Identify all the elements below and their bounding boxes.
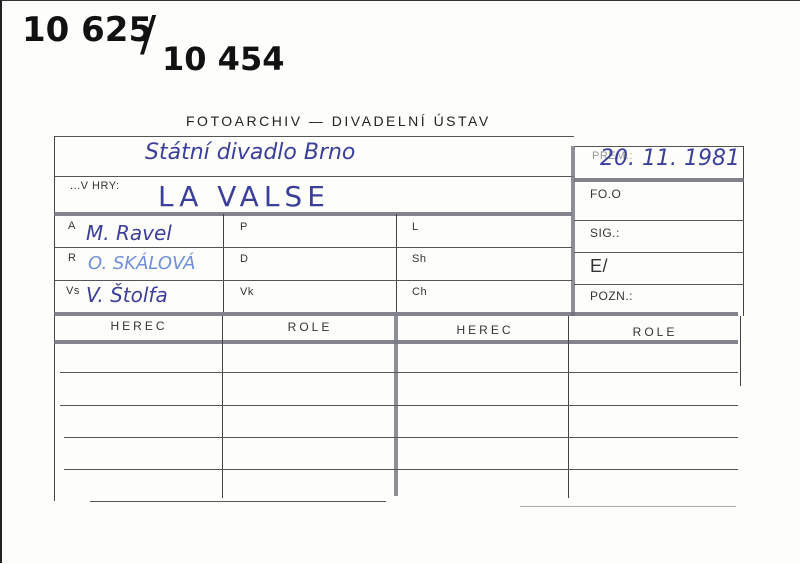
field-vs-value: V. Štolfa — [86, 283, 168, 307]
cast-right-border — [740, 316, 741, 386]
cast-header-herec-2: HEREC — [400, 323, 570, 337]
cast-col-divider-1 — [222, 316, 223, 498]
cast-header-herec-1: HEREC — [56, 319, 222, 333]
field-author-label: A — [68, 220, 76, 232]
credits-col-divider-1 — [223, 214, 224, 312]
left-border — [54, 136, 55, 501]
top-border — [54, 136, 574, 137]
field-d-label: D — [240, 253, 248, 265]
archive-header: FOTOARCHIV — DIVADELNÍ ÚSTAV — [186, 113, 491, 129]
field-author-value: M. Ravel — [86, 221, 172, 245]
credits-col-divider-2 — [396, 214, 397, 312]
field-l-label: L — [412, 221, 419, 233]
field-ch-label: Ch — [412, 286, 427, 298]
title-divider — [54, 212, 572, 216]
inventory-slash: / — [140, 6, 156, 62]
field-vk-label: Vk — [240, 286, 254, 298]
side-box-right-border — [743, 146, 744, 316]
credits-row-line-1 — [54, 247, 572, 248]
field-fo-label: FO.O — [590, 187, 621, 201]
cast-bottom-border-left — [90, 501, 386, 502]
premiere-date: 20. 11. 1981 — [600, 146, 740, 171]
cast-row-line-1 — [60, 372, 738, 373]
cast-header-role-1: ROLE — [224, 320, 396, 334]
field-p-label: P — [240, 221, 248, 233]
field-sh-label: Sh — [412, 253, 426, 265]
side-box-left-border — [571, 146, 575, 316]
field-vs-label: Vs — [66, 285, 80, 297]
inventory-number-primary: 10 625 — [22, 10, 152, 50]
title-value: LA VALSE — [158, 180, 330, 213]
inventory-number-secondary: 10 454 — [162, 40, 284, 78]
side-line-3 — [574, 284, 744, 285]
title-label: ...V HRY: — [70, 180, 120, 192]
card-frame — [0, 0, 800, 563]
field-director-label: R — [68, 252, 76, 264]
field-sig-label: SIG.: — [590, 226, 620, 240]
side-line-2 — [574, 252, 744, 253]
premiere-divider — [574, 178, 744, 182]
field-pozn-label: POZN.: — [590, 289, 633, 303]
side-line-1 — [574, 220, 744, 221]
cast-col-divider-3 — [568, 316, 569, 498]
theatre-name: Státní divadlo Brno — [145, 140, 355, 165]
field-director-value: O. SKÁLOVÁ — [88, 253, 195, 274]
field-e-label: E/ — [590, 256, 608, 277]
cast-row-line-4 — [64, 469, 738, 470]
cast-row-line-2 — [60, 405, 738, 406]
cast-bottom-border-right — [520, 506, 736, 507]
cast-row-line-3 — [64, 437, 738, 438]
theatre-underline — [54, 176, 574, 177]
cast-header-role-2: ROLE — [572, 325, 738, 339]
credits-row-line-2 — [54, 280, 572, 281]
